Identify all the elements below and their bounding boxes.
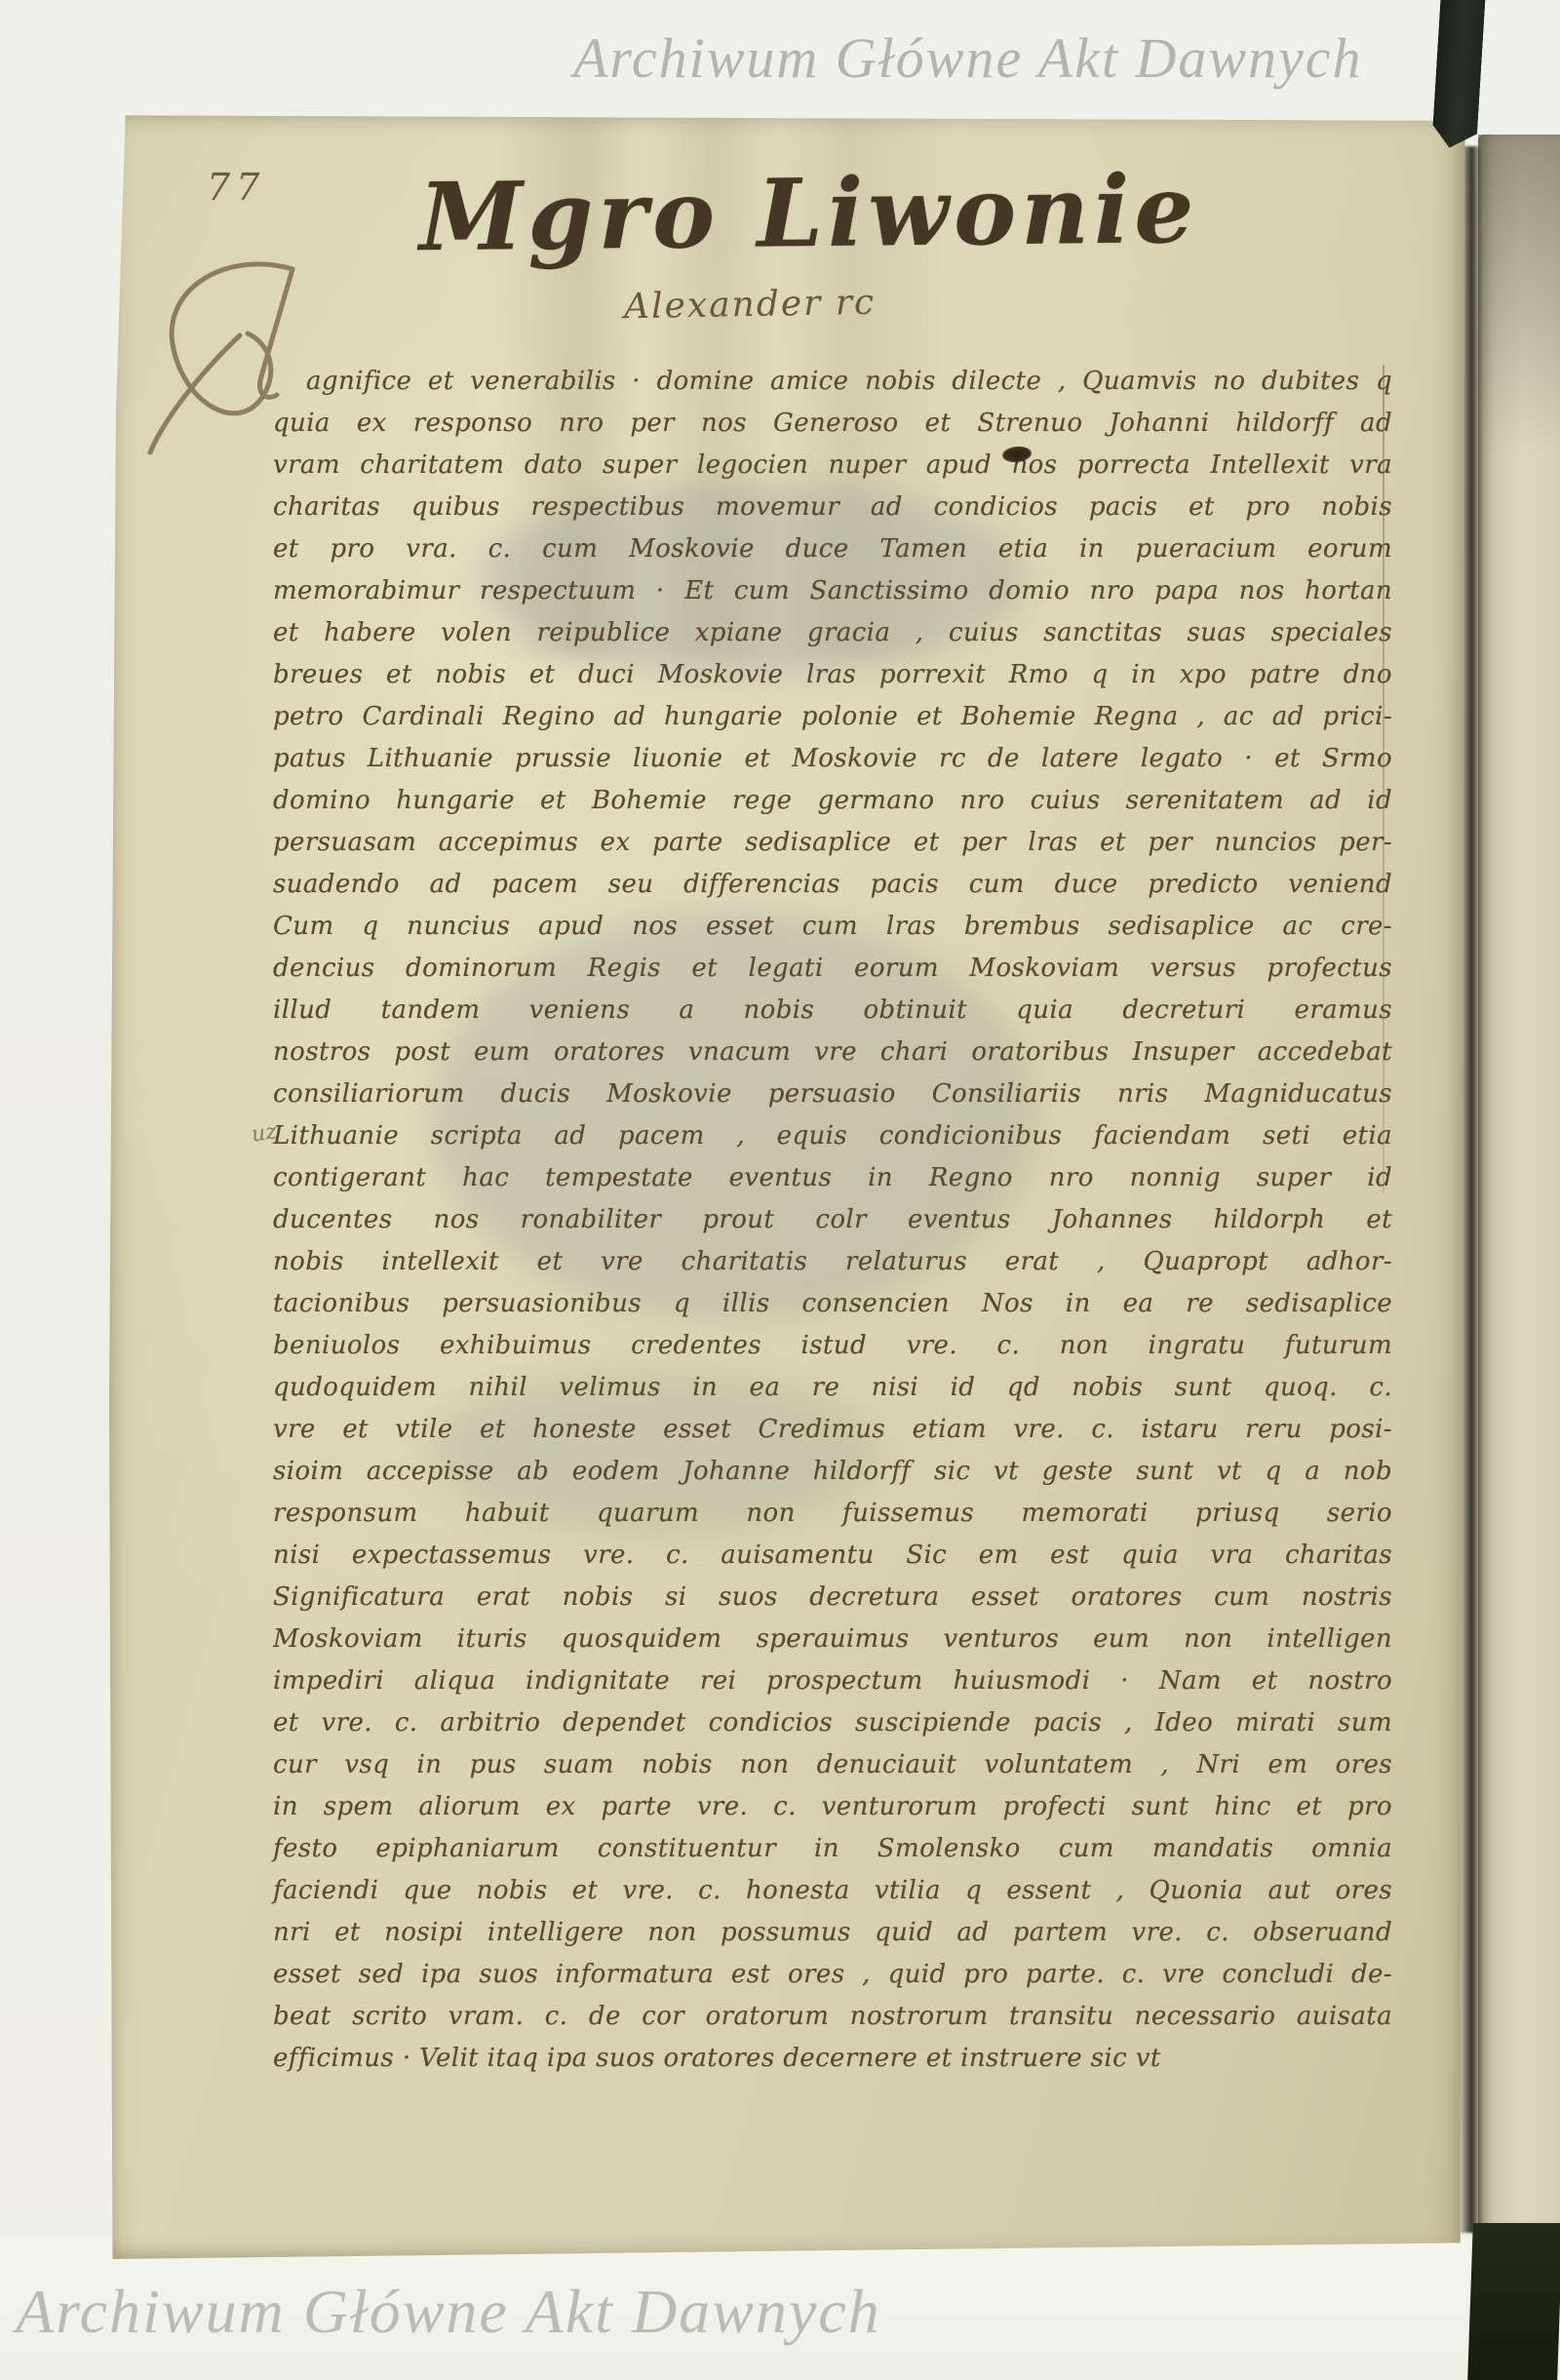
manuscript-text-block: agnifice et venerabilis · domine amice n… (273, 361, 1392, 2080)
manuscript-line: memorabimur respectuum · Et cum Sanctiss… (273, 570, 1392, 612)
manuscript-line: responsum habuit quarum non fuissemus me… (273, 1493, 1392, 1535)
bookmark-ribbon (1431, 0, 1486, 149)
manuscript-line: vram charitatem dato super legocien nupe… (273, 445, 1392, 487)
manuscript-line: festo epiphaniarum constituentur in Smol… (273, 1828, 1392, 1870)
document-title: Mgro Liwonie (418, 154, 1219, 273)
manuscript-line: nri et nosipi intelligere non possumus q… (273, 1912, 1392, 1954)
manuscript-line: consiliariorum ducis Moskovie persuasio … (273, 1073, 1392, 1115)
manuscript-line: charitas quibus respectibus movemur ad c… (273, 487, 1392, 528)
manuscript-line: et vre. c. arbitrio dependet condicios s… (273, 1702, 1392, 1744)
manuscript-line: tacionibus persuasionibus q illis consen… (273, 1283, 1392, 1325)
folio-number: 77 (207, 166, 265, 209)
manuscript-line: efficimus · Velit itaq ipa suos oratores… (273, 2038, 1392, 2080)
manuscript-line: quia ex responso nro per nos Generoso et… (273, 403, 1392, 445)
manuscript-line: beat scrito vram. c. de cor oratorum nos… (273, 1996, 1392, 2038)
manuscript-line: qudoquidem nihil velimus in ea re nisi i… (273, 1367, 1392, 1409)
next-page-shadow (1478, 135, 1560, 456)
document-subtitle: Alexander rc (624, 283, 877, 327)
manuscript-line: contigerant hac tempestate eventus in Re… (273, 1157, 1392, 1199)
scanned-document-view: Archiwum Główne Akt Dawnych Archiwum Głó… (0, 0, 1560, 2380)
manuscript-line: Moskoviam ituris quosquidem sperauimus v… (273, 1619, 1392, 1660)
manuscript-line: sioim accepisse ab eodem Johanne hildorf… (273, 1451, 1392, 1493)
manuscript-line: vre et vtile et honeste esset Credimus e… (273, 1409, 1392, 1451)
manuscript-line: domino hungarie et Bohemie rege germano … (273, 780, 1392, 822)
manuscript-line: nisi expectassemus vre. c. auisamentu Si… (273, 1535, 1392, 1577)
manuscript-line: nobis intellexit et vre charitatis relat… (273, 1241, 1392, 1283)
manuscript-line: ducentes nos ronabiliter prout colr even… (273, 1199, 1392, 1241)
manuscript-line: suadendo ad pacem seu differencias pacis… (273, 864, 1392, 906)
manuscript-page: 77 Mgro Liwonie Alexander rc uz agnifice… (109, 111, 1466, 2260)
manuscript-line: agnifice et venerabilis · domine amice n… (273, 361, 1392, 403)
manuscript-line: in spem aliorum ex parte vre. c. venturo… (273, 1786, 1392, 1828)
manuscript-line: beniuolos exhibuimus credentes istud vre… (273, 1325, 1392, 1367)
manuscript-line: esset sed ipa suos informatura est ores … (273, 1954, 1392, 1996)
manuscript-line: Lithuanie scripta ad pacem , equis condi… (273, 1115, 1392, 1157)
book-cover-corner (1467, 2223, 1560, 2380)
manuscript-line: persuasam accepimus ex parte sedisaplice… (273, 822, 1392, 864)
manuscript-line: petro Cardinali Regino ad hungarie polon… (273, 696, 1392, 738)
manuscript-line: breues et nobis et duci Moskovie lras po… (273, 654, 1392, 696)
manuscript-line: dencius dominorum Regis et legati eorum … (273, 948, 1392, 990)
manuscript-line: Cum q nuncius apud nos esset cum lras br… (273, 906, 1392, 948)
manuscript-line: impediri aliqua indignitate rei prospect… (273, 1660, 1392, 1702)
manuscript-line: nostros post eum oratores vnacum vre cha… (273, 1032, 1392, 1073)
manuscript-line: patus Lithuanie prussie liuonie et Mosko… (273, 738, 1392, 780)
archive-watermark-bottom: Archiwum Główne Akt Dawnych (16, 2276, 881, 2348)
archive-watermark-top: Archiwum Główne Akt Dawnych (573, 25, 1363, 91)
manuscript-line: cur vsq in pus suam nobis non denuciauit… (273, 1744, 1392, 1786)
manuscript-line: faciendi que nobis et vre. c. honesta vt… (273, 1870, 1392, 1912)
manuscript-line: illud tandem veniens a nobis obtinuit qu… (273, 990, 1392, 1032)
manuscript-line: Significatura erat nobis si suos decretu… (273, 1577, 1392, 1619)
manuscript-line: et habere volen reipublice xpiane gracia… (273, 612, 1392, 654)
manuscript-line: et pro vra. c. cum Moskovie duce Tamen e… (273, 528, 1392, 570)
